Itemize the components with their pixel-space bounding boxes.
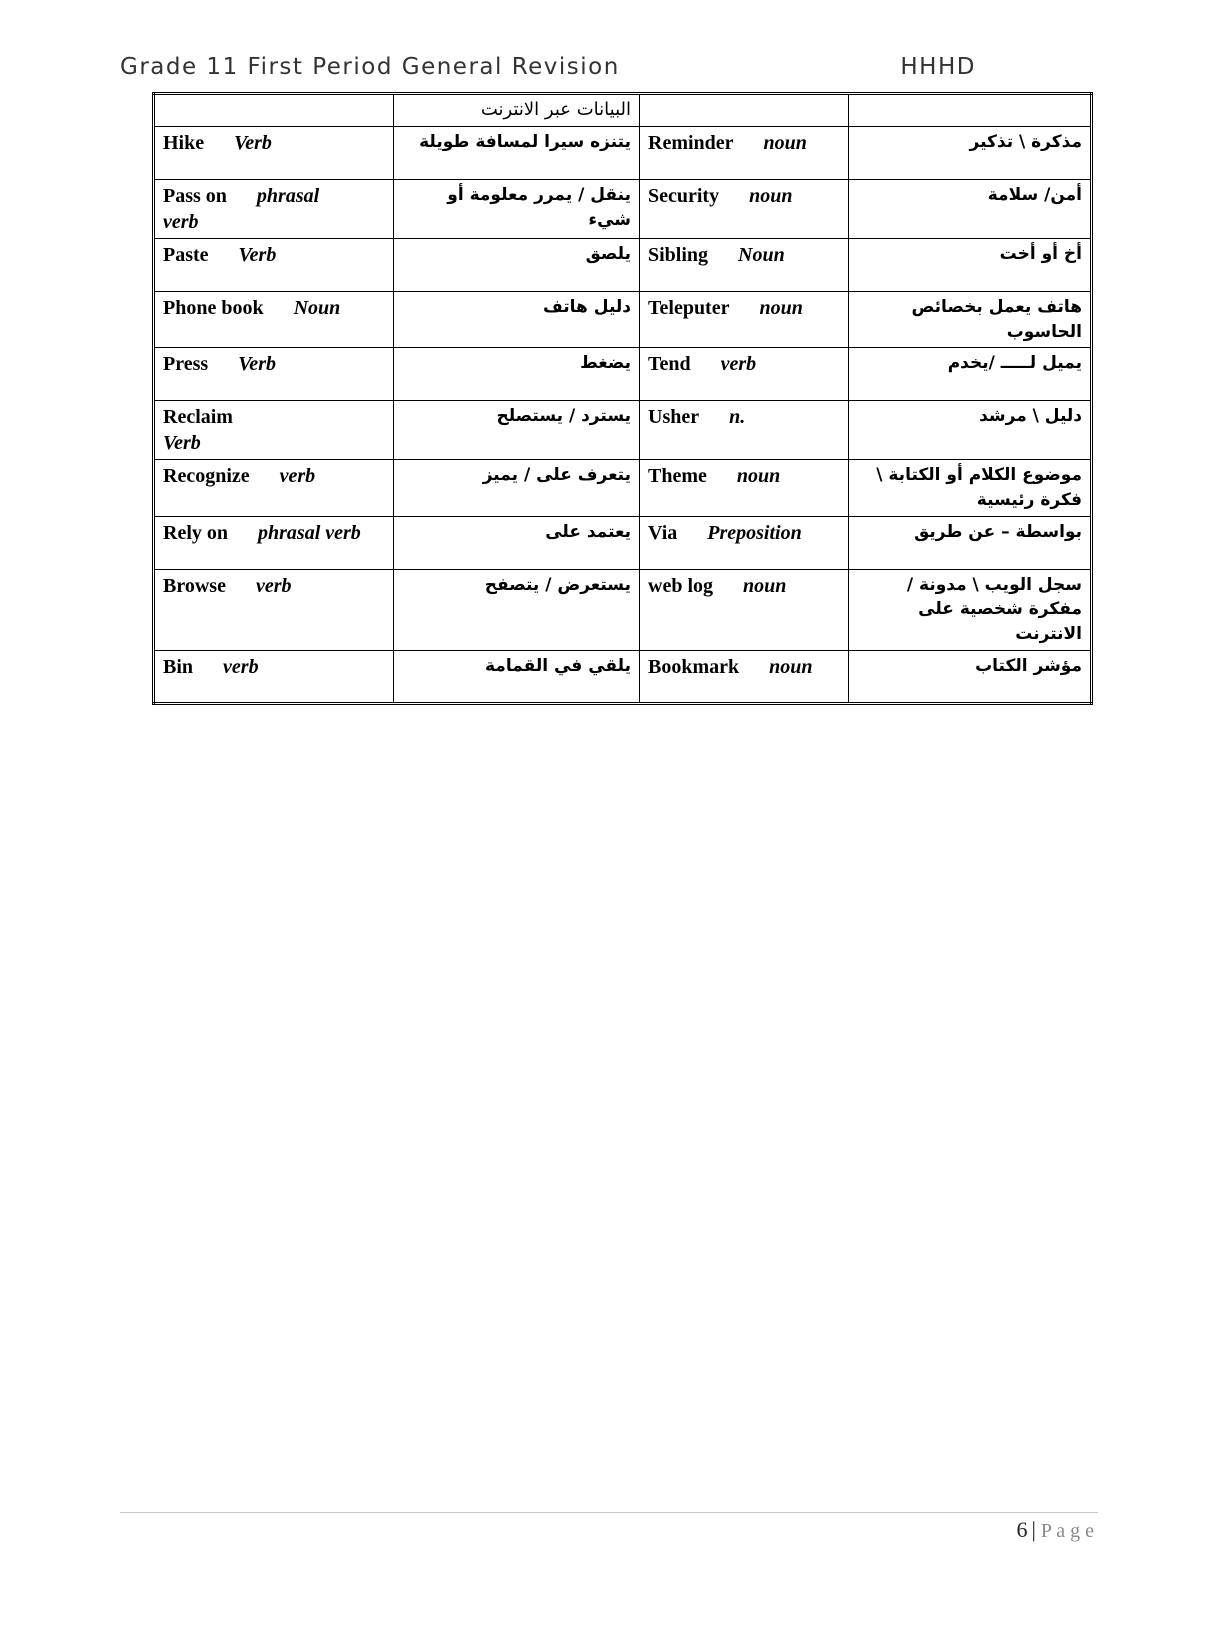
term-pos: n. (729, 406, 745, 428)
term-pos-line2: verb (163, 211, 199, 233)
footer-separator: | (1031, 1517, 1035, 1542)
arabic-meaning-cell: يضغط (394, 348, 640, 401)
term-pos: noun (759, 297, 802, 319)
term-word: Recognize (163, 465, 250, 487)
english-term-cell: ReclaimVerb (154, 401, 394, 460)
term-word: Rely on (163, 522, 228, 544)
english-term-cell: Teleputernoun (640, 292, 849, 348)
term-pos: Verb (234, 132, 272, 154)
term-word: Via (648, 522, 677, 544)
term-word: Pass on (163, 185, 227, 207)
arabic-meaning-cell: يتنزه سيرا لمسافة طويلة (394, 127, 640, 180)
doc-header-right: HHHD (900, 54, 976, 80)
page-footer: 6|P a g e (1016, 1517, 1094, 1543)
english-term-cell: ViaPreposition (640, 516, 849, 569)
english-term-cell: Rely onphrasal verb (154, 516, 394, 569)
topic-cell: البيانات عبر الانترنت (394, 94, 640, 127)
term-word: Sibling (648, 244, 708, 266)
document-page: Grade 11 First Period General Revision H… (0, 0, 1218, 1627)
arabic-meaning-cell: يميل لـــــ /يخدم (849, 348, 1092, 401)
arabic-meaning-cell: أمن/ سلامة (849, 180, 1092, 239)
term-pos: Preposition (707, 522, 801, 544)
arabic-meaning-cell: يلقي في القمامة (394, 650, 640, 703)
english-term-cell: Binverb (154, 650, 394, 703)
arabic-meaning-cell: موضوع الكلام أو الكتابة \ فكرة رئيسية (849, 460, 1092, 516)
english-term-cell: Remindernoun (640, 127, 849, 180)
term-pos: phrasal verb (258, 522, 361, 544)
term-word: Browse (163, 575, 226, 597)
vocab-table-body: البيانات عبر الانترنت HikeVerbيتنزه سيرا… (154, 94, 1092, 704)
term-pos: verb (721, 353, 757, 375)
term-pos: Verb (239, 244, 277, 266)
arabic-meaning-cell: مؤشر الكتاب (849, 650, 1092, 703)
arabic-meaning-cell: هاتف يعمل بخصائص الحاسوب (849, 292, 1092, 348)
english-term-cell: Tendverb (640, 348, 849, 401)
english-term-cell: Pass onphrasalverb (154, 180, 394, 239)
empty-cell (154, 94, 394, 127)
table-row: Phone bookNounدليل هاتفTeleputernounهاتف… (154, 292, 1092, 348)
english-term-cell: PasteVerb (154, 239, 394, 292)
term-word: Bookmark (648, 656, 739, 678)
arabic-meaning-cell: بواسطة – عن طريق (849, 516, 1092, 569)
term-word: Security (648, 185, 719, 207)
arabic-meaning-cell: يسترد / يستصلح (394, 401, 640, 460)
english-term-cell: PressVerb (154, 348, 394, 401)
term-word: Paste (163, 244, 209, 266)
english-term-cell: web lognoun (640, 569, 849, 650)
term-pos: noun (769, 656, 812, 678)
term-pos: noun (749, 185, 792, 207)
arabic-meaning-cell: يعتمد على (394, 516, 640, 569)
table-row: ReclaimVerbيسترد / يستصلحUshern.دليل \ م… (154, 401, 1092, 460)
term-word: Reclaim (163, 406, 233, 428)
english-term-cell: Bookmarknoun (640, 650, 849, 703)
term-word: Bin (163, 656, 193, 678)
term-pos: Noun (738, 244, 785, 266)
term-word: Reminder (648, 132, 734, 154)
arabic-meaning-cell: سجل الويب \ مدونة / مفكرة شخصية على الان… (849, 569, 1092, 650)
term-pos: Noun (294, 297, 341, 319)
term-pos-line2: Verb (163, 432, 201, 454)
english-term-cell: Ushern. (640, 401, 849, 460)
arabic-meaning-cell: دليل \ مرشد (849, 401, 1092, 460)
term-word: Teleputer (648, 297, 729, 319)
page-number: 6 (1016, 1517, 1027, 1542)
term-pos: noun (743, 575, 786, 597)
term-word: Tend (648, 353, 691, 375)
arabic-meaning-cell: أخ أو أخت (849, 239, 1092, 292)
term-pos: phrasal (257, 185, 319, 207)
english-term-cell: SiblingNoun (640, 239, 849, 292)
english-term-cell: Browseverb (154, 569, 394, 650)
document-header: Grade 11 First Period General Revision H… (120, 54, 976, 80)
term-pos: Verb (238, 353, 276, 375)
empty-cell (640, 94, 849, 127)
table-row: Pass onphrasalverbينقل / يمرر معلومة أو … (154, 180, 1092, 239)
table-row: Rely onphrasal verbيعتمد علىViaPrepositi… (154, 516, 1092, 569)
topic-row: البيانات عبر الانترنت (154, 94, 1092, 127)
empty-cell (849, 94, 1092, 127)
english-term-cell: Recognizeverb (154, 460, 394, 516)
arabic-meaning-cell: يتعرف على / يميز (394, 460, 640, 516)
table-row: Binverbيلقي في القمامةBookmarknounمؤشر ا… (154, 650, 1092, 703)
term-word: Hike (163, 132, 204, 154)
term-word: Phone book (163, 297, 264, 319)
arabic-meaning-cell: يستعرض / يتصفح (394, 569, 640, 650)
term-word: Theme (648, 465, 707, 487)
english-term-cell: Securitynoun (640, 180, 849, 239)
term-word: Usher (648, 406, 699, 428)
table-row: Browseverbيستعرض / يتصفحweb lognounسجل ا… (154, 569, 1092, 650)
table-row: Recognizeverbيتعرف على / يميزThemenounمو… (154, 460, 1092, 516)
english-term-cell: HikeVerb (154, 127, 394, 180)
term-word: Press (163, 353, 208, 375)
arabic-meaning-cell: دليل هاتف (394, 292, 640, 348)
term-pos: noun (737, 465, 780, 487)
term-pos: noun (764, 132, 807, 154)
table-row: PasteVerbيلصقSiblingNounأخ أو أخت (154, 239, 1092, 292)
footer-divider (120, 1512, 1098, 1513)
table-row: HikeVerbيتنزه سيرا لمسافة طويلةRemindern… (154, 127, 1092, 180)
arabic-meaning-cell: يلصق (394, 239, 640, 292)
doc-title: Grade 11 First Period General Revision (120, 54, 620, 80)
term-pos: verb (280, 465, 316, 487)
arabic-meaning-cell: ينقل / يمرر معلومة أو شيء (394, 180, 640, 239)
page-label: P a g e (1041, 1520, 1094, 1542)
table-row: PressVerbيضغطTendverbيميل لـــــ /يخدم (154, 348, 1092, 401)
arabic-meaning-cell: مذكرة \ تذكير (849, 127, 1092, 180)
term-word: web log (648, 575, 713, 597)
english-term-cell: Phone bookNoun (154, 292, 394, 348)
english-term-cell: Themenoun (640, 460, 849, 516)
term-pos: verb (256, 575, 292, 597)
vocabulary-table: البيانات عبر الانترنت HikeVerbيتنزه سيرا… (152, 92, 1093, 705)
term-pos: verb (223, 656, 259, 678)
